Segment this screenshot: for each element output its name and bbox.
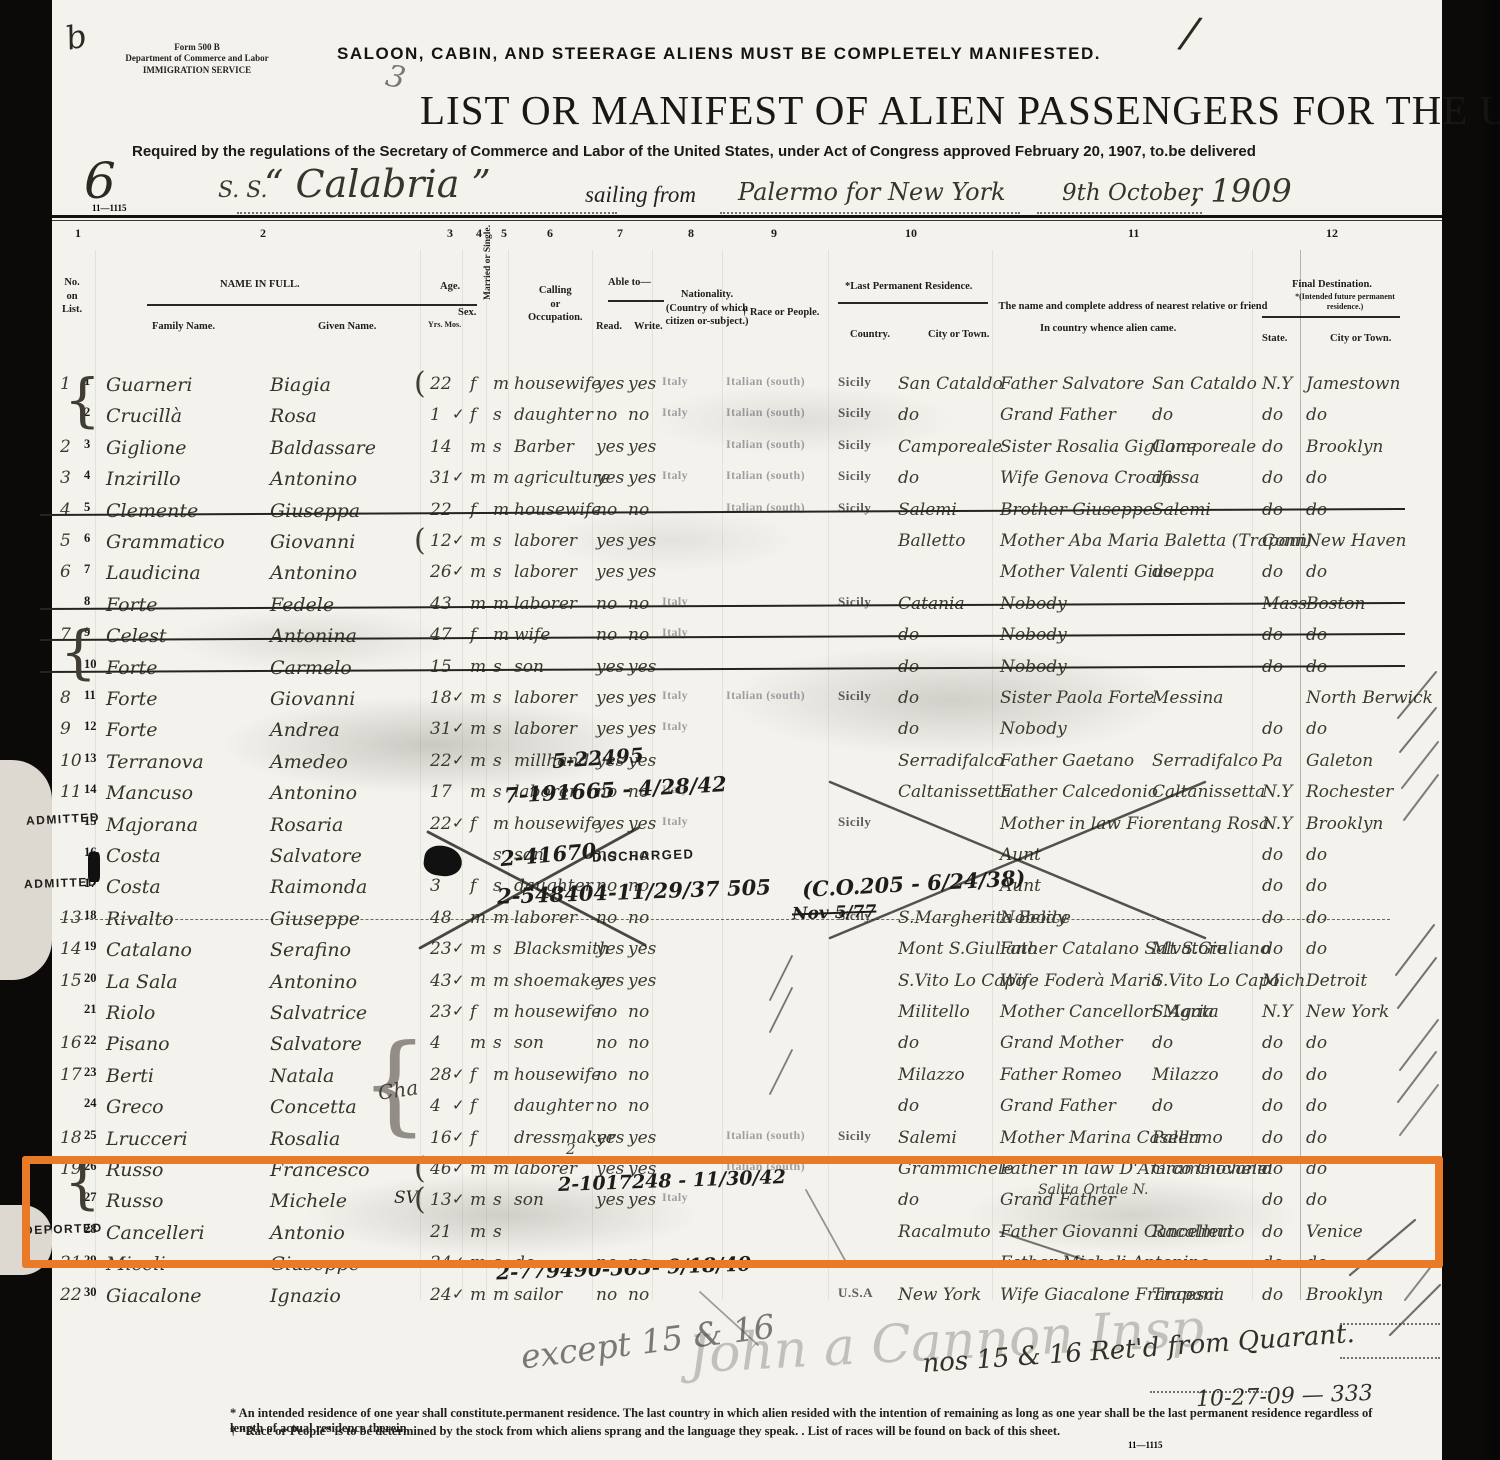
cell-sex: f — [470, 374, 476, 394]
check-mark: ✓ — [452, 971, 465, 989]
cell-given: Ignazio — [270, 1285, 341, 1307]
cell-ms: m — [493, 374, 509, 394]
cell-write: no — [628, 405, 649, 425]
cell-occ: laborer — [514, 594, 577, 614]
cell-occ: Barber — [514, 437, 574, 457]
cell-family: Forte — [106, 688, 158, 710]
footnote-line2: † “Race or People” is to be determined b… — [230, 1424, 1060, 1439]
manifest-row-13: 1013TerranovaAmedeo22msmillhandyesyesSer… — [0, 749, 1500, 780]
manifest-row-9: 79CelestAntonina47fmwifenonoItalydoNobod… — [0, 623, 1500, 654]
cell-nat: Italy — [662, 719, 688, 734]
cell-grp: 5 — [60, 531, 71, 551]
cell-race: Italian (south) — [726, 374, 805, 389]
check-mark: ✓ — [452, 1285, 465, 1303]
cell-ms: m — [493, 908, 509, 928]
cell-nat: Italy — [662, 374, 688, 389]
cell-write: no — [628, 625, 649, 645]
manifest-row-22: 1622PisanoSalvatore4mssonnonodoGrand Mot… — [0, 1031, 1500, 1062]
cell-ms: s — [493, 405, 502, 425]
cell-age: 43 — [430, 971, 452, 991]
cell-dest: do — [1306, 468, 1327, 488]
cell-ms: m — [493, 500, 509, 520]
cell-sex: m — [470, 562, 486, 582]
cell-state: Pa — [1262, 751, 1283, 771]
cell-write: yes — [628, 719, 656, 739]
cell-dest: Brooklyn — [1306, 814, 1383, 834]
cell-grp: 15 — [60, 971, 82, 991]
highlight-box — [22, 1156, 1443, 1268]
cell-grp: 8 — [60, 688, 71, 708]
cell-occ: laborer — [514, 908, 577, 928]
sailing-date: 9th October — [1062, 180, 1202, 206]
dotted-line-3 — [1150, 1390, 1270, 1393]
cell-state: do — [1262, 845, 1283, 865]
header-underline — [147, 304, 477, 306]
manifest-row-1: 11GuarneriBiagia22fmhousewifeyesyesItaly… — [0, 372, 1500, 403]
cell-read: no — [596, 1065, 617, 1085]
sailing-year: , 1909 — [1190, 172, 1292, 210]
cell-rel: Grand Mother — [1000, 1033, 1123, 1053]
route-underline — [720, 211, 1020, 214]
column-number-6: 6 — [547, 226, 553, 241]
cell-sex: m — [470, 1033, 486, 1053]
cell-ms: s — [493, 562, 502, 582]
header-sex: Sex. — [458, 306, 476, 320]
cell-dest: Galeton — [1306, 751, 1373, 771]
manifest-row-15: 15MajoranaRosaria22fmhousewifeyesyesItal… — [0, 812, 1500, 843]
cell-occ: wife — [514, 625, 550, 645]
column-number-5: 5 — [501, 226, 507, 241]
cell-ms: s — [493, 657, 502, 677]
age-brace: ( — [414, 366, 426, 401]
cell-state: do — [1262, 719, 1283, 739]
manifest-row-5: 45ClementeGiuseppa22fmhousewifenonoItali… — [0, 498, 1500, 529]
cell-country: U.S.A — [838, 1285, 873, 1301]
cell-write: yes — [628, 657, 656, 677]
cell-family: Giacalone — [106, 1285, 202, 1307]
cell-grp: 11 — [60, 782, 82, 802]
cell-no: 18 — [84, 908, 97, 923]
cell-no: 4 — [84, 468, 90, 483]
cell-sex: m — [470, 437, 486, 457]
cell-age: 47 — [430, 625, 452, 645]
cell-occ: shoemaker — [514, 971, 609, 991]
cell-no: 5 — [84, 500, 90, 515]
header-last-residence: *Last Permanent Residence. — [845, 280, 972, 294]
cell-state: Mich — [1262, 971, 1305, 991]
cell-age: 16 — [430, 1128, 452, 1148]
cell-sex: f — [470, 405, 476, 425]
cell-grp: 6 — [60, 562, 71, 582]
cell-write: yes — [628, 531, 656, 551]
cell-read: no — [596, 1002, 617, 1022]
cell-state: do — [1262, 562, 1283, 582]
cell-relcity: Mt S.Giuliano — [1152, 939, 1270, 959]
cell-rel: Aunt — [1000, 845, 1041, 865]
ship-name: “ Calabria ” — [264, 162, 491, 206]
cell-ms: m — [493, 971, 509, 991]
sailing-from-label: sailing from — [585, 182, 696, 208]
cell-occ: daughter — [514, 405, 593, 425]
column-number-2: 2 — [260, 226, 266, 241]
cell-occ: housewife — [514, 1002, 601, 1022]
header-rule-2 — [52, 220, 1442, 221]
cell-relcity: do — [1152, 405, 1173, 425]
cell-rel: Mother in law Fiorentang Rosa — [1000, 814, 1269, 834]
check-mark: ✓ — [452, 1096, 465, 1114]
cell-occ: laborer — [514, 719, 577, 739]
cell-given: Rosalia — [270, 1128, 340, 1150]
cell-dest: do — [1306, 876, 1327, 896]
cell-state: do — [1262, 405, 1283, 425]
header-relative-2: In country whence alien came. — [1040, 322, 1176, 336]
cell-city: do — [898, 405, 919, 425]
handwritten-annotation: Nov 5/77 — [792, 902, 877, 925]
cell-city: do — [898, 1096, 919, 1116]
cell-state: N.Y — [1262, 782, 1292, 802]
cell-read: yes — [596, 562, 624, 582]
cell-country: Sicily — [838, 374, 871, 390]
cell-given: Amedeo — [270, 751, 348, 773]
cell-no: 20 — [84, 971, 97, 986]
cell-age: 48 — [430, 908, 452, 928]
cell-occ: sailor — [514, 1285, 562, 1305]
stamp-admitted: ADMITTED — [24, 875, 98, 892]
check-mark: ✓ — [452, 1128, 465, 1146]
cell-rel: Father Salvatore — [1000, 374, 1144, 394]
cell-grp: 22 — [60, 1285, 82, 1305]
cell-given: Salvatore — [270, 1033, 362, 1055]
header-no-on-list: No.onList. — [62, 276, 82, 317]
cell-sex: m — [470, 594, 486, 614]
cell-sex: m — [470, 1285, 486, 1305]
check-mark: ✓ — [452, 939, 465, 957]
cell-family: Giglione — [106, 437, 187, 459]
cell-race: Italian (south) — [726, 468, 805, 483]
cell-age: 22 — [430, 814, 452, 834]
cell-no: 30 — [84, 1285, 97, 1300]
cell-dest: Brooklyn — [1306, 1285, 1383, 1305]
cell-sex: f — [470, 814, 476, 834]
cell-given: Raimonda — [270, 876, 367, 898]
header-race: † Race or People. — [742, 306, 819, 320]
cell-given: Rosaria — [270, 814, 343, 836]
cell-read: yes — [596, 437, 624, 457]
cell-read: yes — [596, 531, 624, 551]
cell-read: no — [596, 500, 617, 520]
cell-country: Sicily — [838, 1128, 871, 1144]
cell-given: Fedele — [270, 594, 334, 616]
header-married-single: Married or Single. — [482, 225, 494, 300]
cell-age: 31 — [430, 468, 452, 488]
cell-family: Grammatico — [106, 531, 225, 553]
cell-rel: Father Gaetano — [1000, 751, 1134, 771]
cell-state: do — [1262, 437, 1283, 457]
cell-state: do — [1262, 468, 1283, 488]
cell-no: 7 — [84, 562, 90, 577]
manifest-row-18: 1318RivaltoGiuseppe48mmlaborernonoSicily… — [0, 906, 1500, 937]
cell-age: 22 — [430, 500, 452, 520]
header-able-to: Able to— — [608, 276, 651, 290]
cell-read: yes — [596, 719, 624, 739]
cell-race: Italian (south) — [726, 1128, 805, 1143]
cell-age: 14 — [430, 437, 452, 457]
cell-dest: New Haven — [1306, 531, 1406, 551]
cell-family: Laudicina — [106, 562, 201, 584]
cell-family: Guarneri — [106, 374, 192, 396]
manifest-row-21: 21RioloSalvatrice23fmhousewifenonoMilite… — [0, 1000, 1500, 1031]
cell-no: 14 — [84, 782, 97, 797]
cell-write: yes — [628, 374, 656, 394]
cell-age: 4 — [430, 1033, 441, 1053]
header-final-destination: Final Destination. — [1292, 278, 1372, 292]
cell-sex: f — [470, 876, 476, 896]
cell-race: Italian (south) — [726, 437, 805, 452]
cell-dest: Rochester — [1306, 782, 1393, 802]
cell-occ: housewife — [514, 500, 601, 520]
cell-sex: m — [470, 782, 486, 802]
cell-sex: m — [470, 657, 486, 677]
cell-no: 12 — [84, 719, 97, 734]
manifest-row-4: 34InzirilloAntonino31mmagricultureyesyes… — [0, 466, 1500, 497]
cell-given: Andrea — [270, 719, 340, 741]
cell-country: Sicily — [838, 500, 871, 516]
cell-grp: 17 — [60, 1065, 82, 1085]
cell-age: 1 — [430, 405, 441, 425]
column-number-12: 12 — [1326, 226, 1338, 241]
cell-state: do — [1262, 876, 1283, 896]
cell-write: yes — [628, 468, 656, 488]
cell-dest: New York — [1306, 1002, 1389, 1022]
cell-ms: m — [493, 814, 509, 834]
strike-through-line — [60, 919, 1390, 920]
cell-sex: f — [470, 1128, 476, 1148]
header-underline — [1262, 316, 1400, 318]
cell-ms: s — [493, 437, 502, 457]
cell-no: 24 — [84, 1096, 97, 1111]
header-family-name: Family Name. — [152, 320, 215, 334]
cell-sex: m — [470, 751, 486, 771]
cell-read: no — [596, 1033, 617, 1053]
cell-relcity: do — [1152, 468, 1173, 488]
form-code-bottom: 11—1115 — [1128, 1440, 1163, 1450]
page-title: LIST OR MANIFEST OF ALIEN PASSENGERS FOR… — [420, 86, 1500, 134]
cell-no: 19 — [84, 939, 97, 954]
cell-city: Camporeale — [898, 437, 1002, 457]
dotted-line-2 — [1340, 1356, 1440, 1359]
cell-given: Concetta — [270, 1096, 357, 1118]
cell-state: N.Y — [1262, 814, 1292, 834]
cell-occ: son — [514, 657, 544, 677]
cell-relcity: do — [1152, 1033, 1173, 1053]
check-mark: ✓ — [452, 468, 465, 486]
cell-occ: son — [514, 1033, 544, 1053]
cell-grp: 3 — [60, 468, 71, 488]
header-read: Read. — [596, 320, 622, 334]
cell-rel: Nobody — [1000, 908, 1067, 928]
header-dest-city: City or Town. — [1330, 332, 1391, 346]
cell-state: do — [1262, 939, 1283, 959]
check-mark: ✓ — [452, 1065, 465, 1083]
cell-family: Celest — [106, 625, 167, 647]
cell-sex: m — [470, 688, 486, 708]
cell-rel: Father Calcedonio — [1000, 782, 1158, 802]
handwritten-annotation: 6 — [84, 152, 116, 210]
cell-ms: s — [493, 939, 502, 959]
handwritten-annotation: { — [60, 618, 97, 686]
banner-text: SALOON, CABIN, AND STEERAGE ALIENS MUST … — [337, 44, 1101, 64]
cell-ms: m — [493, 1002, 509, 1022]
cell-nat: Italy — [662, 688, 688, 703]
cell-write: no — [628, 1033, 649, 1053]
cell-write: yes — [628, 1128, 656, 1148]
cell-grp: 4 — [60, 500, 71, 520]
cell-family: Costa — [106, 876, 161, 898]
cell-age: 4 — [430, 1096, 441, 1116]
ship-prefix: S. S. — [218, 178, 268, 203]
cell-rel: Grand Father — [1000, 405, 1116, 425]
cell-rel: Mother Valenti Giuseppa — [1000, 562, 1215, 582]
header-underline — [838, 302, 988, 304]
cell-family: Costa — [106, 845, 161, 867]
header-given-name: Given Name. — [318, 320, 376, 334]
cell-write: yes — [628, 688, 656, 708]
cell-read: no — [596, 594, 617, 614]
cell-occ: housewife — [514, 814, 601, 834]
cell-state: do — [1262, 1285, 1283, 1305]
cell-write: yes — [628, 562, 656, 582]
strike-through-line — [40, 633, 1405, 641]
manifest-row-12: 912ForteAndrea31mslaboreryesyesItalydoNo… — [0, 717, 1500, 748]
cell-country: Sicily — [838, 468, 871, 484]
cell-no: 25 — [84, 1128, 97, 1143]
cell-country: Sicily — [838, 437, 871, 453]
date-underline — [1037, 211, 1202, 214]
cell-relcity: Milazzo — [1152, 1065, 1219, 1085]
cell-ms: m — [493, 625, 509, 645]
cell-no: 23 — [84, 1065, 97, 1080]
cell-city: Serradifalco — [898, 751, 1004, 771]
cell-relcity: Palermo — [1152, 1128, 1223, 1148]
age-brace: ( — [414, 523, 426, 558]
cell-city: do — [898, 719, 919, 739]
cell-family: Clemente — [106, 500, 198, 522]
cell-given: Biagia — [270, 374, 331, 396]
cell-city: Milazzo — [898, 1065, 965, 1085]
cell-occ: daughter — [514, 1096, 593, 1116]
cell-nat: Italy — [662, 405, 688, 420]
cell-dest: do — [1306, 1128, 1327, 1148]
cell-write: yes — [628, 971, 656, 991]
cell-given: Carmelo — [270, 657, 352, 679]
cell-age: 24 — [430, 1285, 452, 1305]
cell-read: yes — [596, 468, 624, 488]
header-name-in-full: NAME IN FULL. — [220, 278, 300, 292]
header-state: State. — [1262, 332, 1287, 346]
manifest-row-8: 8ForteFedele43mmlaborernonoItalySicilyCa… — [0, 592, 1500, 623]
cell-given: Salvatore — [270, 845, 362, 867]
cell-grp: 18 — [60, 1128, 82, 1148]
cell-sex: m — [470, 531, 486, 551]
check-mark: ✓ — [452, 531, 465, 549]
cell-sex: m — [470, 719, 486, 739]
cell-dest: do — [1306, 405, 1327, 425]
cell-read: yes — [596, 939, 624, 959]
cell-family: Majorana — [106, 814, 198, 836]
cell-family: Crucillà — [106, 405, 182, 427]
cell-given: Antonino — [270, 468, 357, 490]
cell-given: Giuseppa — [270, 500, 360, 522]
column-number-1: 1 — [75, 226, 81, 241]
header-relative-1: The name and complete address of nearest… — [968, 300, 1298, 314]
cell-write: no — [628, 500, 649, 520]
manifest-row-11: 811ForteGiovanni18mslaboreryesyesItalyIt… — [0, 686, 1500, 717]
cell-city: San Cataldo — [898, 374, 1003, 394]
cell-state: do — [1262, 908, 1283, 928]
cell-rel: Sister Paola Forte — [1000, 688, 1154, 708]
manifest-row-6: 56GrammaticoGiovanni12mslaboreryesyesBal… — [0, 529, 1500, 560]
cell-state: do — [1262, 1065, 1283, 1085]
manifest-row-3: 23GiglioneBaldassare14msBarberyesyesItal… — [0, 435, 1500, 466]
cell-given: Salvatrice — [270, 1002, 367, 1024]
cell-state: N.Y — [1262, 1002, 1292, 1022]
manifest-row-20: 1520La SalaAntonino43mmshoemakeryesyesS.… — [0, 969, 1500, 1000]
cell-sex: f — [470, 1096, 476, 1116]
column-number-8: 8 — [688, 226, 694, 241]
manifest-row-10: 10ForteCarmelo15mssonyesyesdoNobodydodo — [0, 655, 1500, 686]
manifest-row-14: 1114MancusoAntonino17mslaborernonoItalyC… — [0, 780, 1500, 811]
cell-sex: m — [470, 468, 486, 488]
check-mark: ✓ — [452, 688, 465, 706]
cell-age: 22 — [430, 751, 452, 771]
cell-occ: housewife — [514, 374, 601, 394]
cell-state: do — [1262, 1033, 1283, 1053]
form-number-block: Form 500 BDepartment of Commerce and Lab… — [112, 42, 282, 76]
cell-occ: laborer — [514, 562, 577, 582]
cell-city: Militello — [898, 1002, 970, 1022]
manifest-row-24: 24GrecoConcetta4fdaughternonodoGrand Fat… — [0, 1094, 1500, 1125]
cell-age: 3 — [430, 876, 441, 896]
header-yrs-mos: Yrs. Mos. — [428, 320, 461, 330]
manifest-row-19: 1419CatalanoSerafino23msBlacksmithyesyes… — [0, 937, 1500, 968]
cell-state: N.Y — [1262, 374, 1292, 394]
cell-relcity: San Cataldo — [1152, 374, 1257, 394]
cell-read: no — [596, 1285, 617, 1305]
cell-read: no — [596, 908, 617, 928]
cell-dest: do — [1306, 908, 1327, 928]
cell-ms: s — [493, 688, 502, 708]
cell-age: 26 — [430, 562, 452, 582]
ship-name-underline — [237, 211, 617, 214]
cell-given: Antonina — [270, 625, 357, 647]
cell-write: yes — [628, 437, 656, 457]
cell-dest: Detroit — [1306, 971, 1367, 991]
cell-write: no — [628, 1065, 649, 1085]
cell-grp: 2 — [60, 437, 71, 457]
cell-family: Catalano — [106, 939, 192, 961]
cell-sex: m — [470, 939, 486, 959]
check-mark: ✓ — [452, 1002, 465, 1020]
cell-ms: s — [493, 531, 502, 551]
cell-no: 6 — [84, 531, 90, 546]
column-number-3: 3 — [447, 226, 453, 241]
cell-read: yes — [596, 971, 624, 991]
cell-relcity: Serradifalco — [1152, 751, 1258, 771]
cell-given: Giovanni — [270, 531, 355, 553]
strike-through-line — [40, 665, 1405, 673]
cell-ms: s — [493, 751, 502, 771]
cell-age: 23 — [430, 1002, 452, 1022]
